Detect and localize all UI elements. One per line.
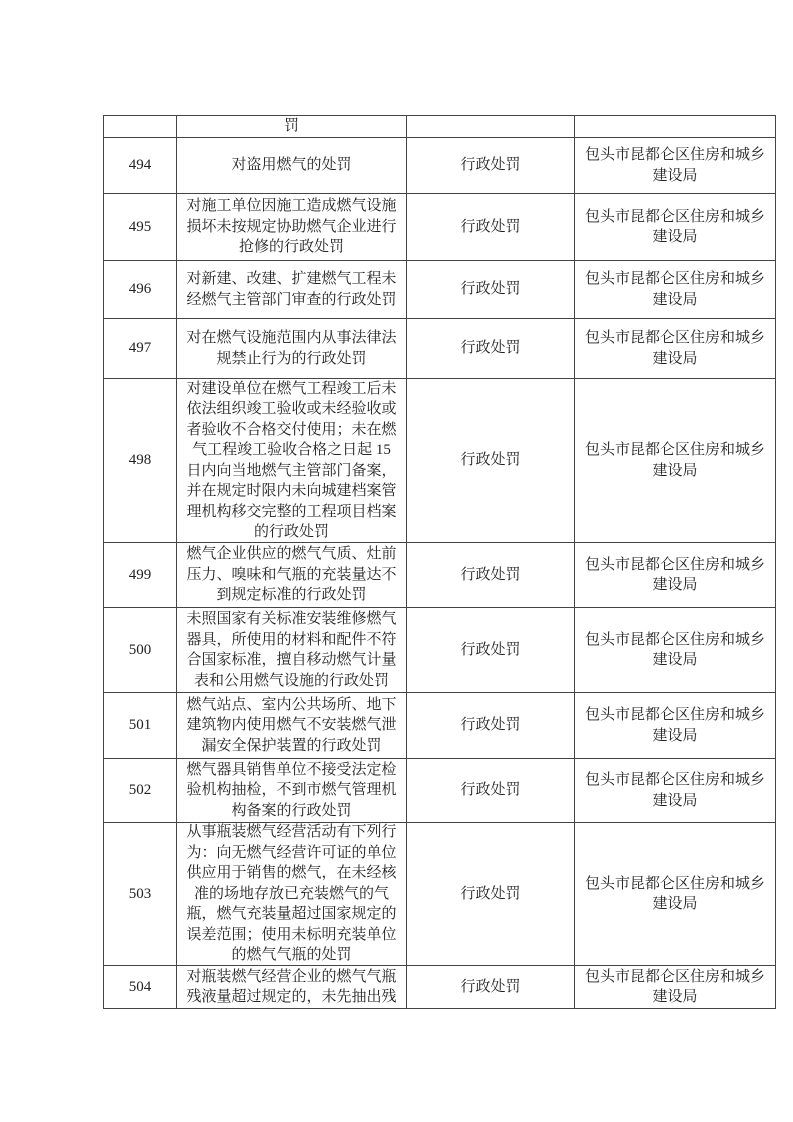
penalty-type-text: 行政处罚 [413, 155, 568, 176]
department-text: 包头市昆都仑区住房和城乡建设局 [581, 705, 769, 746]
department-cell: 包头市昆都仑区住房和城乡建设局 [575, 966, 776, 1009]
table-row: 495 对施工单位因施工造成燃气设施损坏未按规定协助燃气企业进行抢修的行政处罚 … [104, 194, 776, 261]
row-number: 502 [110, 780, 170, 801]
penalty-type-cell [407, 116, 575, 138]
penalty-item-cell: 罚 [177, 116, 407, 138]
penalty-type-cell: 行政处罚 [407, 823, 575, 966]
department-cell [575, 116, 776, 138]
table-row: 500 未照国家有关标准安装维修燃气器具，所使用的材料和配件不符合国家标准，擅自… [104, 608, 776, 693]
penalty-item-cell: 对建设单位在燃气工程竣工后未依法组织竣工验收或未经验收或者验收不合格交付使用；未… [177, 379, 407, 543]
row-number-cell: 502 [104, 759, 177, 823]
penalty-type-cell: 行政处罚 [407, 138, 575, 194]
penalty-item-cell: 对新建、改建、扩建燃气工程未经燃气主管部门审查的行政处罚 [177, 261, 407, 319]
penalty-type-cell: 行政处罚 [407, 608, 575, 693]
row-number: 501 [110, 715, 170, 736]
table-row: 501 燃气站点、室内公共场所、地下建筑物内使用燃气不安装燃气泄漏安全保护装置的… [104, 693, 776, 759]
department-cell: 包头市昆都仑区住房和城乡建设局 [575, 261, 776, 319]
penalty-type-text: 行政处罚 [413, 977, 568, 998]
row-number-cell [104, 116, 177, 138]
penalty-item-cell: 对在燃气设施范围内从事法律法规禁止行为的行政处罚 [177, 319, 407, 379]
department-text: 包头市昆都仑区住房和城乡建设局 [581, 328, 769, 369]
table-row: 498 对建设单位在燃气工程竣工后未依法组织竣工验收或未经验收或者验收不合格交付… [104, 379, 776, 543]
penalty-item-text: 对盗用燃气的处罚 [183, 155, 400, 176]
penalty-type-text: 行政处罚 [413, 640, 568, 661]
row-number-cell: 498 [104, 379, 177, 543]
row-number-cell: 495 [104, 194, 177, 261]
penalty-item-cell: 燃气站点、室内公共场所、地下建筑物内使用燃气不安装燃气泄漏安全保护装置的行政处罚 [177, 693, 407, 759]
department-text: 包头市昆都仑区住房和城乡建设局 [581, 440, 769, 481]
penalty-item-cell: 从事瓶装燃气经营活动有下列行为：向无燃气经营许可证的单位供应用于销售的燃气，在未… [177, 823, 407, 966]
row-number-cell: 494 [104, 138, 177, 194]
department-cell: 包头市昆都仑区住房和城乡建设局 [575, 823, 776, 966]
department-text: 包头市昆都仑区住房和城乡建设局 [581, 630, 769, 671]
row-number-cell: 496 [104, 261, 177, 319]
penalty-item-text: 对施工单位因施工造成燃气设施损坏未按规定协助燃气企业进行抢修的行政处罚 [183, 196, 400, 258]
department-text: 包头市昆都仑区住房和城乡建设局 [581, 145, 769, 186]
department-cell: 包头市昆都仑区住房和城乡建设局 [575, 138, 776, 194]
row-number: 496 [110, 279, 170, 300]
penalty-item-text: 燃气站点、室内公共场所、地下建筑物内使用燃气不安装燃气泄漏安全保护装置的行政处罚 [183, 695, 400, 757]
penalty-type-cell: 行政处罚 [407, 759, 575, 823]
table-row: 497 对在燃气设施范围内从事法律法规禁止行为的行政处罚 行政处罚 包头市昆都仑… [104, 319, 776, 379]
department-cell: 包头市昆都仑区住房和城乡建设局 [575, 543, 776, 608]
department-text: 包头市昆都仑区住房和城乡建设局 [581, 967, 769, 1008]
table-row: 496 对新建、改建、扩建燃气工程未经燃气主管部门审查的行政处罚 行政处罚 包头… [104, 261, 776, 319]
penalty-type-cell: 行政处罚 [407, 966, 575, 1009]
department-cell: 包头市昆都仑区住房和城乡建设局 [575, 608, 776, 693]
row-number-cell: 497 [104, 319, 177, 379]
row-number-cell: 500 [104, 608, 177, 693]
department-cell: 包头市昆都仑区住房和城乡建设局 [575, 319, 776, 379]
table-row: 499 燃气企业供应的燃气气质、灶前压力、嗅味和气瓶的充装量达不到规定标准的行政… [104, 543, 776, 608]
penalty-type-text: 行政处罚 [413, 780, 568, 801]
department-text: 包头市昆都仑区住房和城乡建设局 [581, 207, 769, 248]
penalty-item-text: 对建设单位在燃气工程竣工后未依法组织竣工验收或未经验收或者验收不合格交付使用；未… [183, 379, 400, 543]
department-text: 包头市昆都仑区住房和城乡建设局 [581, 770, 769, 811]
row-number: 498 [110, 450, 170, 471]
table-row: 503 从事瓶装燃气经营活动有下列行为：向无燃气经营许可证的单位供应用于销售的燃… [104, 823, 776, 966]
penalty-type-text: 行政处罚 [413, 217, 568, 238]
penalty-type-text: 行政处罚 [413, 338, 568, 359]
penalty-items-table: 罚 494 对盗用燃气的处罚 行政处罚 包头市昆都仑区住房和城乡建设局 495 … [103, 115, 776, 1009]
penalty-item-text: 对新建、改建、扩建燃气工程未经燃气主管部门审查的行政处罚 [183, 269, 400, 310]
penalty-type-text: 行政处罚 [413, 279, 568, 300]
penalty-type-cell: 行政处罚 [407, 379, 575, 543]
penalty-item-text: 罚 [183, 116, 400, 137]
penalty-item-cell: 燃气企业供应的燃气气质、灶前压力、嗅味和气瓶的充装量达不到规定标准的行政处罚 [177, 543, 407, 608]
department-cell: 包头市昆都仑区住房和城乡建设局 [575, 759, 776, 823]
penalty-item-text: 从事瓶装燃气经营活动有下列行为：向无燃气经营许可证的单位供应用于销售的燃气，在未… [183, 823, 400, 966]
department-text: 包头市昆都仑区住房和城乡建设局 [581, 555, 769, 596]
penalty-type-cell: 行政处罚 [407, 261, 575, 319]
row-number: 497 [110, 338, 170, 359]
row-number-cell: 504 [104, 966, 177, 1009]
row-number: 503 [110, 884, 170, 905]
department-text: 包头市昆都仑区住房和城乡建设局 [581, 269, 769, 310]
penalty-item-text: 未照国家有关标准安装维修燃气器具，所使用的材料和配件不符合国家标准，擅自移动燃气… [183, 609, 400, 691]
penalty-item-text: 对在燃气设施范围内从事法律法规禁止行为的行政处罚 [183, 328, 400, 369]
department-cell: 包头市昆都仑区住房和城乡建设局 [575, 194, 776, 261]
penalty-type-cell: 行政处罚 [407, 194, 575, 261]
row-number: 494 [110, 155, 170, 176]
row-number: 499 [110, 565, 170, 586]
penalty-item-cell: 对盗用燃气的处罚 [177, 138, 407, 194]
penalty-item-cell: 燃气器具销售单位不接受法定检验机构抽检，不到市燃气管理机构备案的行政处罚 [177, 759, 407, 823]
row-number: 495 [110, 217, 170, 238]
penalty-type-cell: 行政处罚 [407, 693, 575, 759]
row-number-cell: 501 [104, 693, 177, 759]
penalty-type-cell: 行政处罚 [407, 543, 575, 608]
penalty-item-cell: 对瓶装燃气经营企业的燃气气瓶残液量超过规定的，未先抽出残 [177, 966, 407, 1009]
penalty-item-cell: 未照国家有关标准安装维修燃气器具，所使用的材料和配件不符合国家标准，擅自移动燃气… [177, 608, 407, 693]
row-number: 504 [110, 977, 170, 998]
row-number-cell: 503 [104, 823, 177, 966]
table-row: 494 对盗用燃气的处罚 行政处罚 包头市昆都仑区住房和城乡建设局 [104, 138, 776, 194]
penalty-item-text: 燃气企业供应的燃气气质、灶前压力、嗅味和气瓶的充装量达不到规定标准的行政处罚 [183, 544, 400, 606]
penalty-type-text: 行政处罚 [413, 450, 568, 471]
penalty-type-text: 行政处罚 [413, 565, 568, 586]
row-number-cell: 499 [104, 543, 177, 608]
penalty-item-text: 燃气器具销售单位不接受法定检验机构抽检，不到市燃气管理机构备案的行政处罚 [183, 760, 400, 822]
penalty-type-text: 行政处罚 [413, 715, 568, 736]
penalty-type-text: 行政处罚 [413, 884, 568, 905]
department-cell: 包头市昆都仑区住房和城乡建设局 [575, 693, 776, 759]
department-cell: 包头市昆都仑区住房和城乡建设局 [575, 379, 776, 543]
table-row: 罚 [104, 116, 776, 138]
penalty-type-cell: 行政处罚 [407, 319, 575, 379]
document-page: 罚 494 对盗用燃气的处罚 行政处罚 包头市昆都仑区住房和城乡建设局 495 … [0, 0, 793, 1122]
row-number: 500 [110, 640, 170, 661]
department-text: 包头市昆都仑区住房和城乡建设局 [581, 874, 769, 915]
penalty-item-text: 对瓶装燃气经营企业的燃气气瓶残液量超过规定的，未先抽出残 [183, 967, 400, 1008]
table-row: 504 对瓶装燃气经营企业的燃气气瓶残液量超过规定的，未先抽出残 行政处罚 包头… [104, 966, 776, 1009]
penalty-item-cell: 对施工单位因施工造成燃气设施损坏未按规定协助燃气企业进行抢修的行政处罚 [177, 194, 407, 261]
table-row: 502 燃气器具销售单位不接受法定检验机构抽检，不到市燃气管理机构备案的行政处罚… [104, 759, 776, 823]
